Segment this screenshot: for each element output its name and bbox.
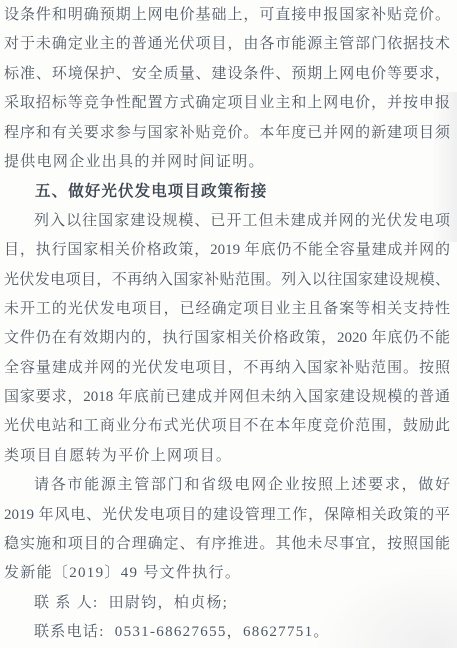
document-line: 提供电网企业出具的并网时间证明。 (4, 148, 450, 177)
document-line: 未开工的光伏发电项目，已经确定项目业主且备案等相关支持性 (4, 295, 450, 324)
document-line: 全容量建成并网的光伏发电项目，不再纳入国家补贴范围。按照 (4, 354, 450, 383)
document-line: 列入以往国家建设规模、已开工但未建成并网的光伏发电项 (4, 207, 450, 236)
document-line: 目，执行国家相关价格政策，2019 年底仍不能全容量建成并网的 (4, 236, 450, 265)
document-line: 联 系 人: 田尉钧，柏贞杨; (4, 589, 450, 618)
document-line: 稳实施和项目的合理确定、有序推进。其他未尽事宜，按照国能 (4, 530, 450, 559)
document-line: 发新能〔2019〕49 号文件执行。 (4, 559, 450, 588)
document-line: 标准、环境保护、安全质量、建设条件、预期上网电价等要求， (4, 60, 450, 89)
document-line: 类项目自愿转为平价上网项目。 (4, 442, 450, 471)
document-line: 设条件和明确预期上网电价基础上，可直接申报国家补贴竞价。 (4, 1, 450, 30)
document-line: 对于未确定业主的普通光伏项目，由各市能源主管部门依据技术 (4, 30, 450, 59)
document-body: 设条件和明确预期上网电价基础上，可直接申报国家补贴竞价。对于未确定业主的普通光伏… (4, 1, 450, 648)
document-line: 2019 年风电、光伏发电项目的建设管理工作，保障相关政策的平 (4, 501, 450, 530)
document-line: 联系电话: 0531-68627655，68627751。 (4, 618, 450, 647)
document-line: 国家要求，2018 年底前已建成并网但未纳入国家建设规模的普通 (4, 383, 450, 412)
document-page: 设条件和明确预期上网电价基础上，可直接申报国家补贴竞价。对于未确定业主的普通光伏… (0, 0, 457, 648)
document-line: 采取招标等竞争性配置方式确定项目业主和上网电价，并按申报 (4, 89, 450, 118)
document-line: 程序和有关要求参与国家补贴竞价。本年度已并网的新建项目须 (4, 119, 450, 148)
document-line: 光伏发电项目，不再纳入国家补贴范围。列入以往国家建设规模、 (4, 266, 450, 295)
document-line: 文件仍在有效期内的，执行国家相关价格政策，2020 年底仍不能 (4, 324, 450, 353)
section-heading: 五、做好光伏发电项目政策衔接 (4, 177, 450, 206)
document-line: 请各市能源主管部门和省级电网企业按照上述要求，做好 (4, 471, 450, 500)
document-line: 光伏电站和工商业分布式光伏项目不在本年度竞价范围，鼓励此 (4, 412, 450, 441)
